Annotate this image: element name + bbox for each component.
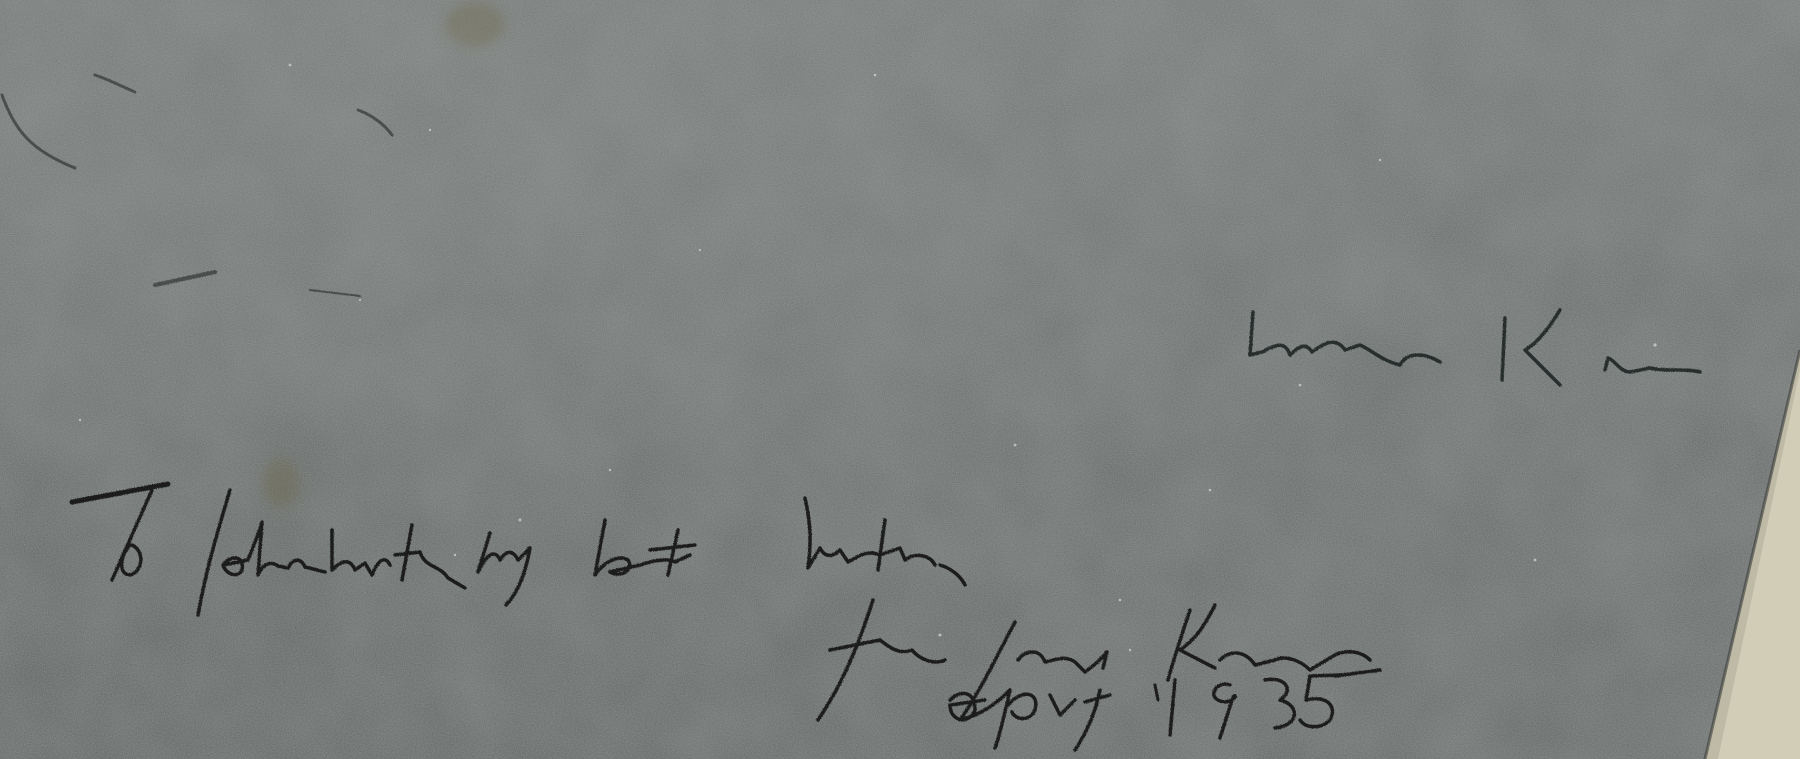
dedication-line-3 <box>950 670 1380 750</box>
signature-upper <box>1250 310 1700 385</box>
photograph: Laura Knight To John with my best wishes… <box>0 0 1800 759</box>
sketch-marks <box>2 75 392 296</box>
handwritten-inscription <box>0 0 1800 759</box>
dedication-line-1 <box>72 484 965 615</box>
